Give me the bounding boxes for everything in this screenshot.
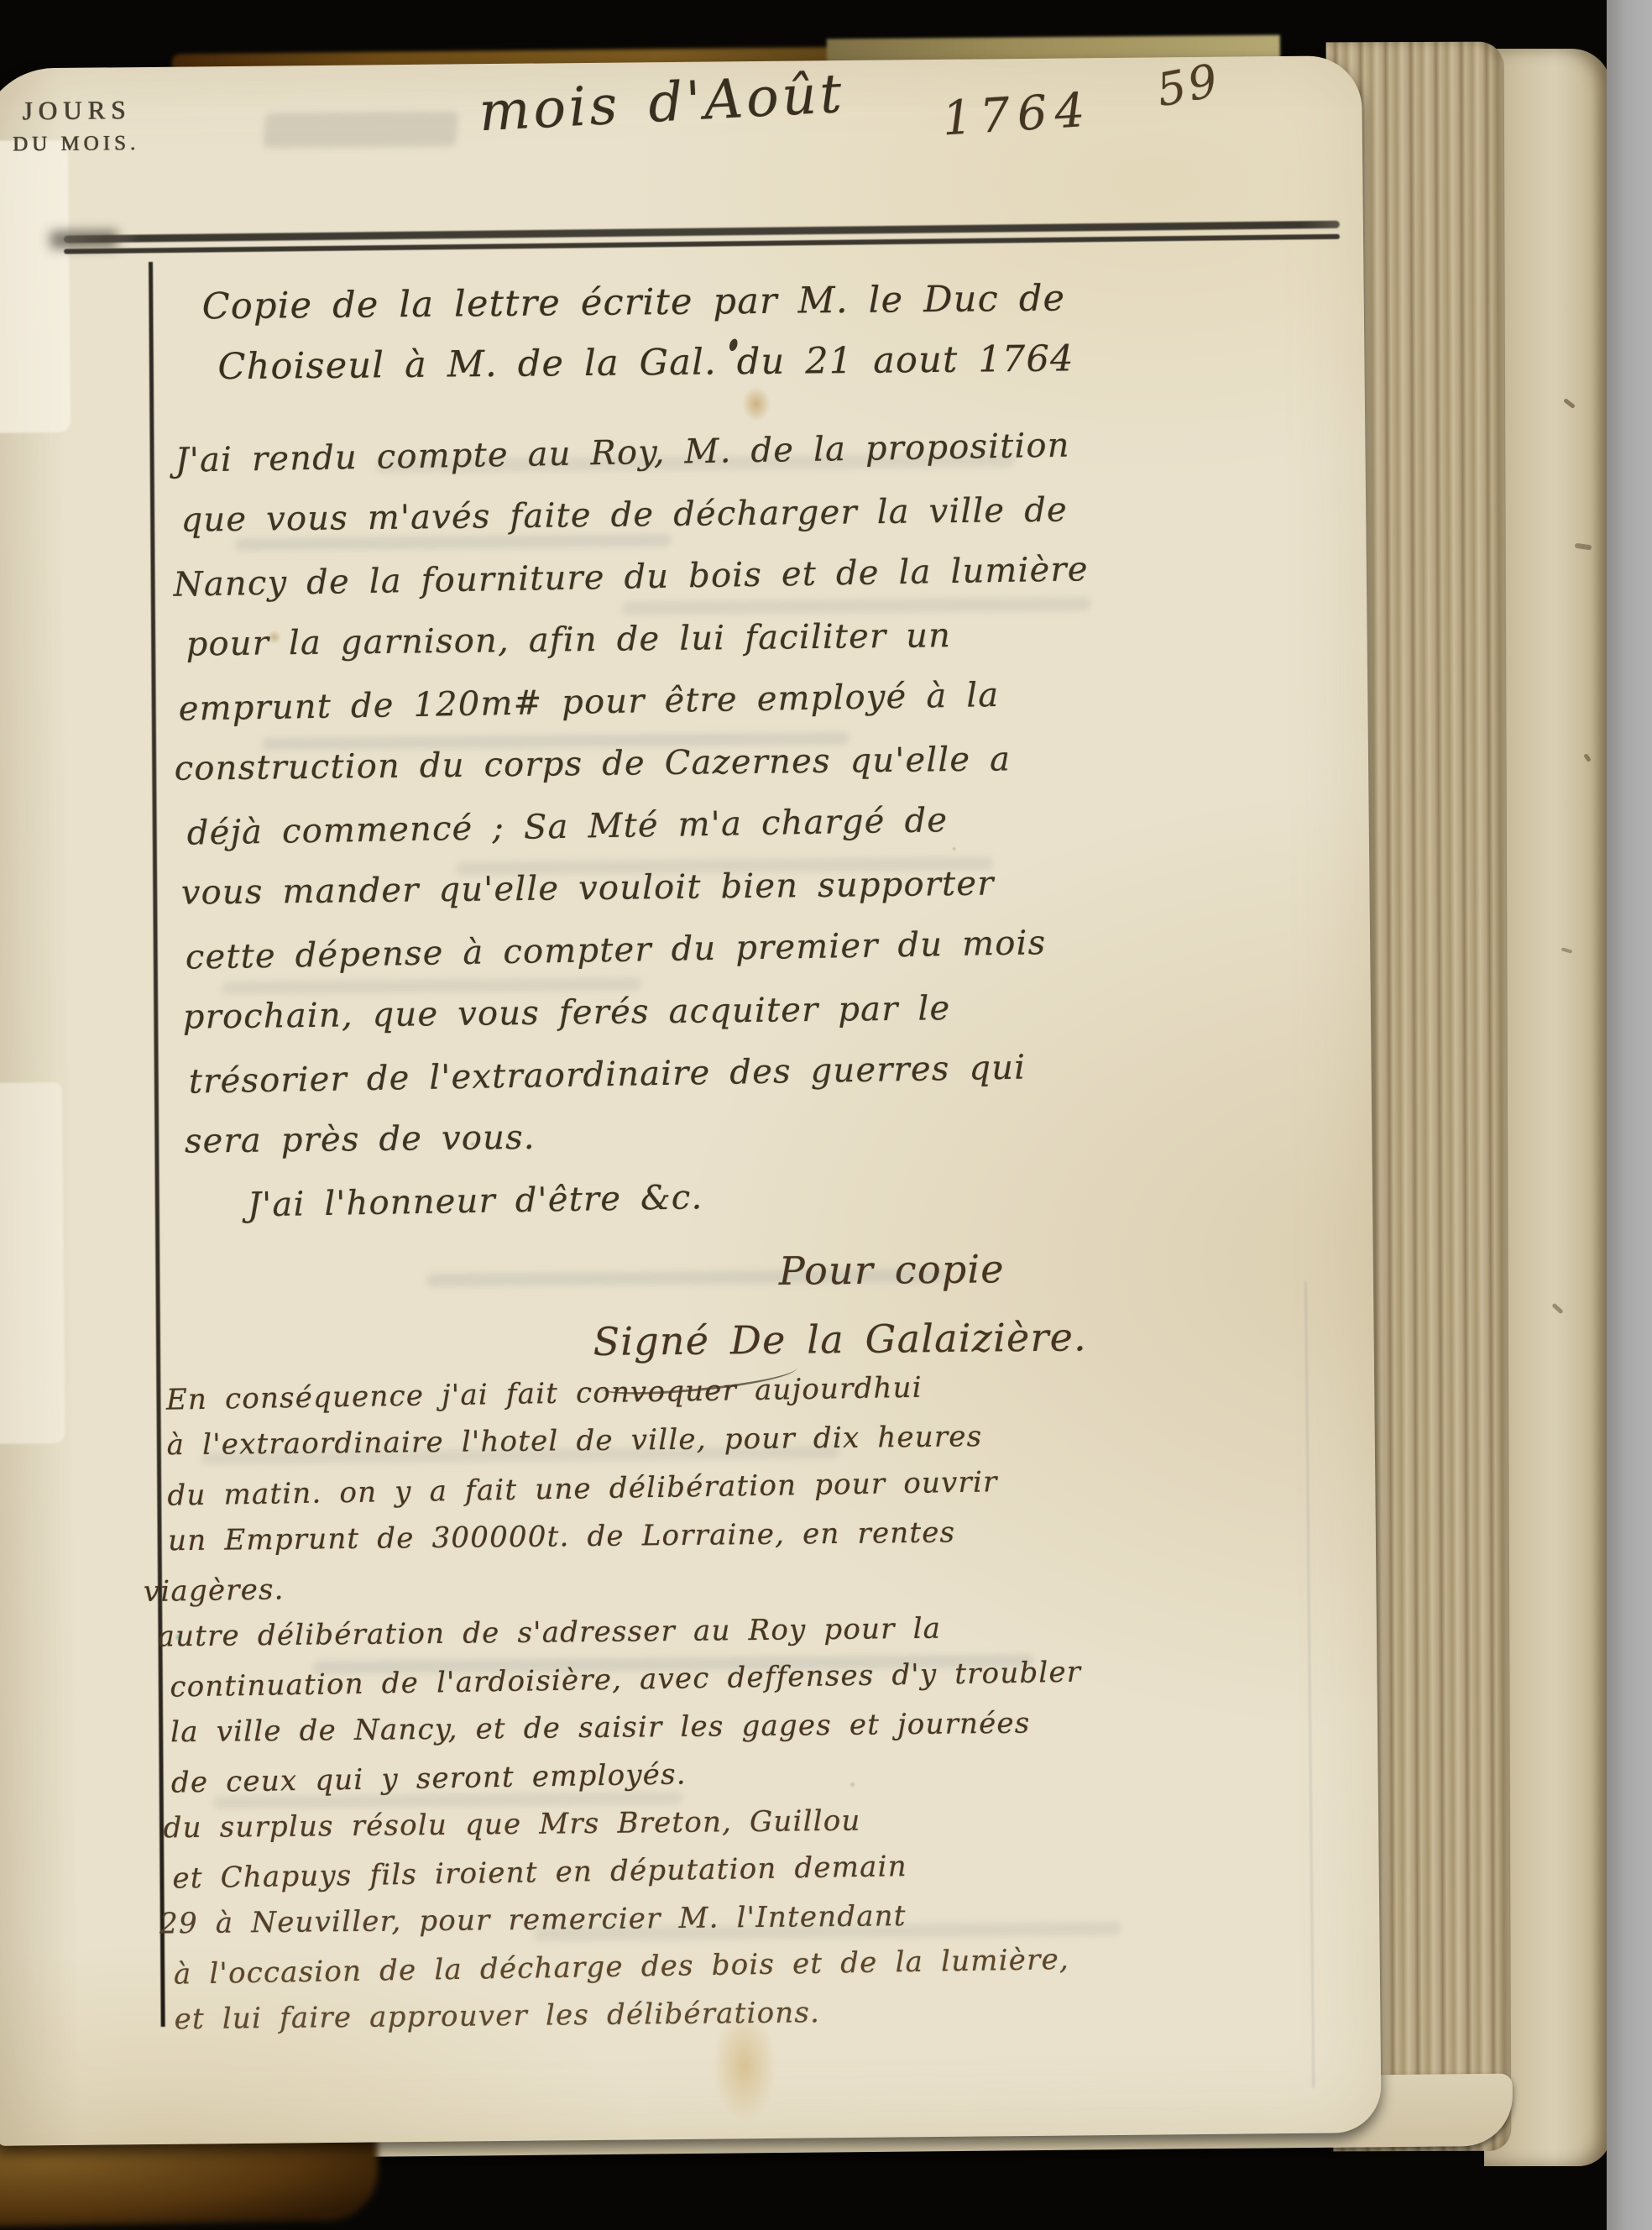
copy-label: Pour copie (779, 1246, 1005, 1294)
minutes-line: et lui faire approuver les délibérations… (174, 1987, 1085, 2044)
letter-heading-line: Choiseul à M. de la Gal. du 21 aout 1764 (217, 328, 1074, 397)
pasted-slip-left-middle (0, 1082, 65, 1444)
printed-label-line1: JOURS (22, 96, 139, 125)
letter-body: J'ai rendu compte au Roy, M. de la propo… (175, 416, 1097, 1236)
printed-column-label: JOURS DU MOIS. (22, 96, 139, 156)
pasted-slip-left-top (0, 140, 71, 433)
letter-closing-line: J'ai l'honneur d'être &c. (247, 1159, 1097, 1236)
letter-heading: Copie de la lettre écrite par M. le Duc … (201, 268, 1074, 397)
signature-line: Signé De la Galaizière. (593, 1314, 1087, 1364)
margin-column-rule (149, 262, 165, 2027)
month-title: mois d'Août (478, 63, 846, 144)
council-minutes: En conséquence j'ai fait convoquer aujou… (166, 1364, 1086, 2045)
letter-heading-line: Copie de la lettre écrite par M. le Duc … (201, 268, 1074, 337)
bleedthrough-smudge (263, 111, 459, 148)
year-label: 1764 (941, 83, 1094, 147)
scanned-manuscript-scene: JOURS DU MOIS. mois d'Août 1764 59 Copie… (0, 0, 1652, 2230)
header-double-rule (64, 221, 1340, 254)
printed-label-line2: DU MOIS. (13, 132, 139, 156)
manuscript-page: JOURS DU MOIS. mois d'Août 1764 59 Copie… (0, 55, 1382, 2146)
page-number: 59 (1153, 55, 1224, 117)
scanner-background-strip (1607, 0, 1652, 2230)
page-crease-line (1304, 1282, 1315, 2088)
